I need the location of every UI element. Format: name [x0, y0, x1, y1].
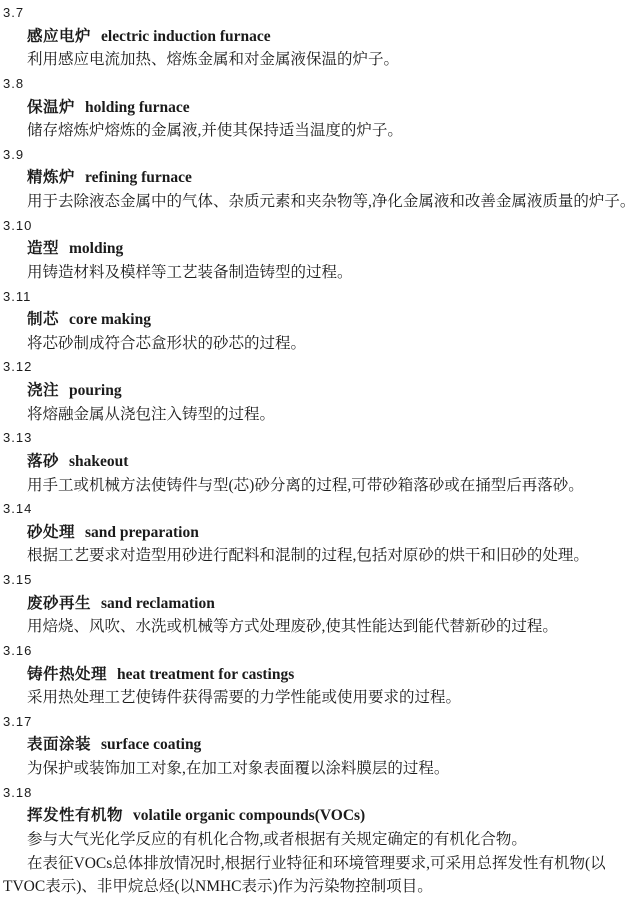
term-english: sand reclamation — [101, 595, 215, 612]
term-line: 落砂shakeout — [3, 450, 636, 474]
term-definition: 参与大气光化学反应的有机化合物,或者根据有关规定确定的有机化合物。 — [3, 828, 636, 852]
term-chinese: 浇注 — [27, 382, 59, 399]
term-section-3-18: 3.18 挥发性有机物volatile organic compounds(VO… — [3, 781, 636, 899]
term-line: 制芯core making — [3, 308, 636, 332]
term-english: holding furnace — [85, 99, 190, 116]
term-chinese: 制芯 — [27, 311, 59, 328]
term-definition: 用焙烧、风吹、水洗或机械等方式处理废砂,使其性能达到能代替新砂的过程。 — [3, 615, 636, 639]
term-definition: 用于去除液态金属中的气体、杂质元素和夹杂物等,净化金属液和改善金属液质量的炉子。 — [3, 190, 636, 214]
term-chinese: 精炼炉 — [27, 169, 75, 186]
term-english: refining furnace — [85, 169, 192, 186]
term-english: shakeout — [69, 453, 128, 470]
clause-number: 3.10 — [3, 214, 636, 238]
clause-number: 3.14 — [3, 497, 636, 521]
clause-number: 3.11 — [3, 285, 636, 309]
term-section-3-8: 3.8 保温炉holding furnace 储存熔炼炉熔炼的金属液,并使其保持… — [3, 72, 636, 143]
clause-number: 3.12 — [3, 355, 636, 379]
clause-number: 3.15 — [3, 568, 636, 592]
term-english: electric induction furnace — [101, 28, 271, 45]
term-chinese: 砂处理 — [27, 524, 75, 541]
term-line: 铸件热处理heat treatment for castings — [3, 663, 636, 687]
term-definition: 为保护或装饰加工对象,在加工对象表面覆以涂料膜层的过程。 — [3, 757, 636, 781]
term-line: 表面涂装surface coating — [3, 733, 636, 757]
term-section-3-9: 3.9 精炼炉refining furnace 用于去除液态金属中的气体、杂质元… — [3, 143, 636, 214]
term-definition: 储存熔炼炉熔炼的金属液,并使其保持适当温度的炉子。 — [3, 119, 636, 143]
term-section-3-17: 3.17 表面涂装surface coating 为保护或装饰加工对象,在加工对… — [3, 710, 636, 781]
term-section-3-11: 3.11 制芯core making 将芯砂制成符合芯盒形状的砂芯的过程。 — [3, 285, 636, 356]
term-english: heat treatment for castings — [117, 666, 294, 683]
term-definition: 根据工艺要求对造型用砂进行配料和混制的过程,包括对原砂的烘干和旧砂的处理。 — [3, 544, 636, 568]
clause-number: 3.9 — [3, 143, 636, 167]
term-line: 挥发性有机物volatile organic compounds(VOCs) — [3, 804, 636, 828]
term-definition-note: 在表征VOCs总体排放情况时,根据行业特征和环境管理要求,可采用总挥发性有机物(… — [3, 852, 636, 899]
clause-number: 3.17 — [3, 710, 636, 734]
term-english: pouring — [69, 382, 122, 399]
term-section-3-7: 3.7 感应电炉electric induction furnace 利用感应电… — [3, 1, 636, 72]
term-chinese: 感应电炉 — [27, 28, 91, 45]
term-chinese: 废砂再生 — [27, 595, 91, 612]
term-definition: 用铸造材料及模样等工艺装备制造铸型的过程。 — [3, 261, 636, 285]
term-line: 精炼炉refining furnace — [3, 166, 636, 190]
term-chinese: 落砂 — [27, 453, 59, 470]
term-line: 保温炉holding furnace — [3, 96, 636, 120]
clause-number: 3.13 — [3, 426, 636, 450]
term-line: 废砂再生sand reclamation — [3, 592, 636, 616]
clause-number: 3.7 — [3, 1, 636, 25]
term-definition: 利用感应电流加热、熔炼金属和对金属液保温的炉子。 — [3, 48, 636, 72]
term-section-3-16: 3.16 铸件热处理heat treatment for castings 采用… — [3, 639, 636, 710]
term-line: 造型molding — [3, 237, 636, 261]
clause-number: 3.8 — [3, 72, 636, 96]
term-line: 感应电炉electric induction furnace — [3, 25, 636, 49]
term-chinese: 造型 — [27, 240, 59, 257]
term-section-3-10: 3.10 造型molding 用铸造材料及模样等工艺装备制造铸型的过程。 — [3, 214, 636, 285]
document-page: 3.7 感应电炉electric induction furnace 利用感应电… — [0, 0, 640, 899]
term-section-3-15: 3.15 废砂再生sand reclamation 用焙烧、风吹、水洗或机械等方… — [3, 568, 636, 639]
term-chinese: 铸件热处理 — [27, 666, 107, 683]
term-english: sand preparation — [85, 524, 199, 541]
term-section-3-14: 3.14 砂处理sand preparation 根据工艺要求对造型用砂进行配料… — [3, 497, 636, 568]
term-english: molding — [69, 240, 123, 257]
term-section-3-12: 3.12 浇注pouring 将熔融金属从浇包注入铸型的过程。 — [3, 355, 636, 426]
term-definition: 将芯砂制成符合芯盒形状的砂芯的过程。 — [3, 332, 636, 356]
term-section-3-13: 3.13 落砂shakeout 用手工或机械方法使铸件与型(芯)砂分离的过程,可… — [3, 426, 636, 497]
term-definition: 将熔融金属从浇包注入铸型的过程。 — [3, 403, 636, 427]
term-english: core making — [69, 311, 151, 328]
term-chinese: 表面涂装 — [27, 736, 91, 753]
term-chinese: 保温炉 — [27, 99, 75, 116]
term-definition: 用手工或机械方法使铸件与型(芯)砂分离的过程,可带砂箱落砂或在捅型后再落砂。 — [3, 474, 636, 498]
term-line: 砂处理sand preparation — [3, 521, 636, 545]
term-definition: 采用热处理工艺使铸件获得需要的力学性能或使用要求的过程。 — [3, 686, 636, 710]
term-english: volatile organic compounds(VOCs) — [133, 807, 365, 824]
clause-number: 3.18 — [3, 781, 636, 805]
term-line: 浇注pouring — [3, 379, 636, 403]
term-english: surface coating — [101, 736, 201, 753]
clause-number: 3.16 — [3, 639, 636, 663]
term-chinese: 挥发性有机物 — [27, 807, 123, 824]
